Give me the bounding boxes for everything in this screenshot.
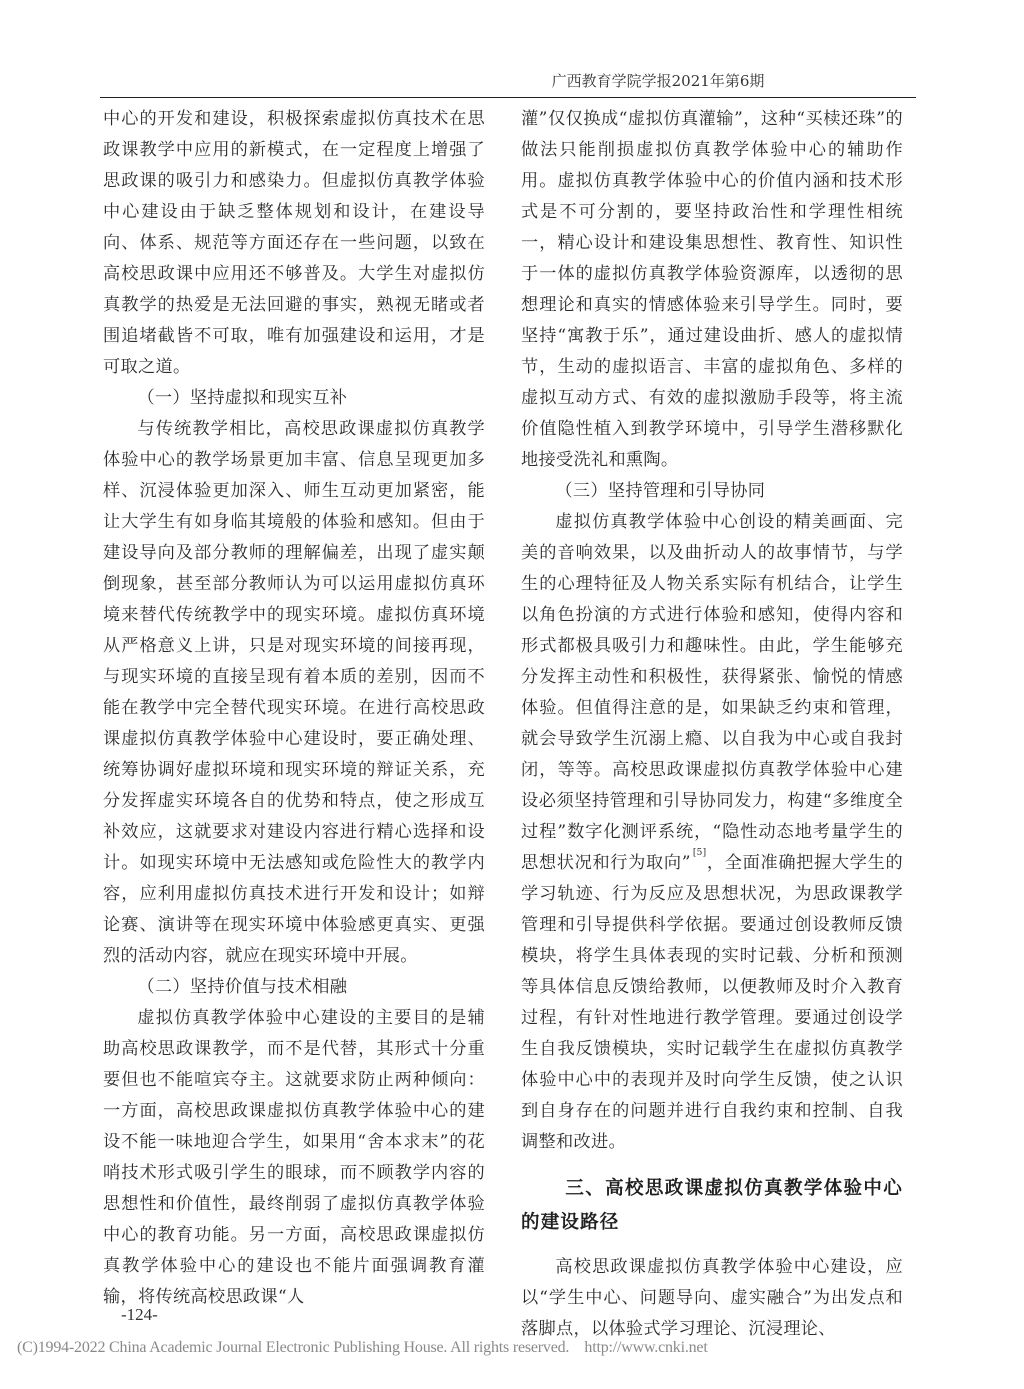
page-number: -124-: [121, 1305, 158, 1325]
subsection-heading: （三）坚持管理和引导协同: [521, 476, 903, 507]
paragraph-text: ，全面准确把握大学生的学习轨迹、行为反应及思想状况，为思政课教学管理和引导提供科…: [521, 853, 903, 1152]
paragraph-text: 虚拟仿真教学体验中心创设的精美画面、完美的音响效果，以及曲折动人的故事情节，与学…: [521, 512, 903, 873]
citation-ref[interactable]: [5]: [693, 848, 707, 858]
paragraph: 高校思政课虚拟仿真教学体验中心建设，应以“学生中心、问题导向、虚实融合”为出发点…: [521, 1252, 903, 1345]
subsection-heading: （一）坚持虚拟和现实互补: [103, 383, 485, 414]
left-column: 中心的开发和建设，积极探索虚拟仿真技术在思政课教学中应用的新模式，在一定程度上增…: [103, 104, 485, 1313]
section-heading: 三、高校思政课虚拟仿真教学体验中心的建设路径: [521, 1172, 903, 1240]
paragraph: 中心的开发和建设，积极探索虚拟仿真技术在思政课教学中应用的新模式，在一定程度上增…: [103, 104, 485, 383]
paragraph: 灌”仅仅换成“虚拟仿真灌输”，这种“买椟还珠”的做法只能削损虚拟仿真教学体验中心…: [521, 104, 903, 476]
right-column: 灌”仅仅换成“虚拟仿真灌输”，这种“买椟还珠”的做法只能削损虚拟仿真教学体验中心…: [521, 104, 903, 1345]
copyright-notice: (C)1994-2022 China Academic Journal Elec…: [17, 1339, 708, 1357]
paragraph: 与传统教学相比，高校思政课虚拟仿真教学体验中心的教学场景更加丰富、信息呈现更加多…: [103, 414, 485, 972]
running-header: 广西教育学院学报2021年第6期: [100, 60, 916, 98]
paragraph: 虚拟仿真教学体验中心创设的精美画面、完美的音响效果，以及曲折动人的故事情节，与学…: [521, 507, 903, 1158]
paragraph: 虚拟仿真教学体验中心建设的主要目的是辅助高校思政课教学，而不是代替，其形式十分重…: [103, 1003, 485, 1313]
subsection-heading: （二）坚持价值与技术相融: [103, 972, 485, 1003]
journal-title: 广西教育学院学报2021年第6期: [100, 70, 916, 91]
